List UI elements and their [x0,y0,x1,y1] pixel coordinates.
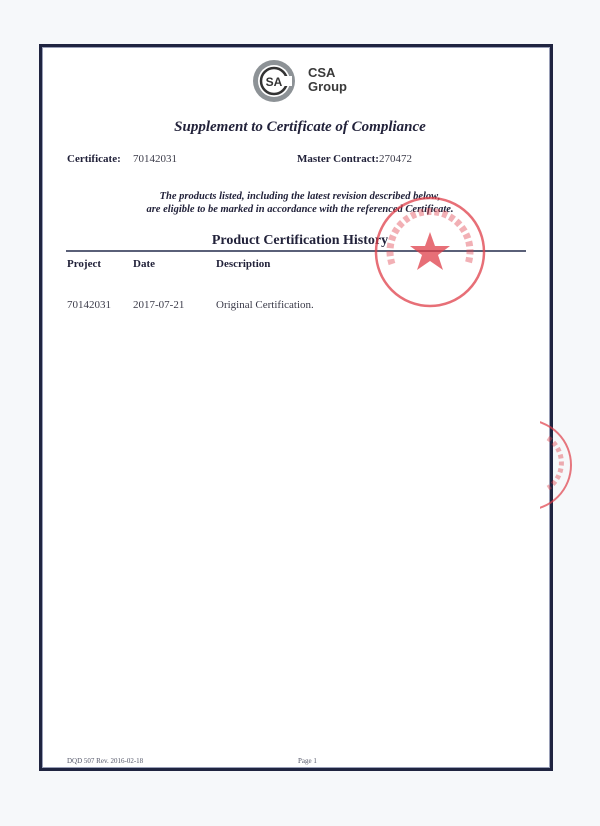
partial-seal-stamp-icon [540,418,580,512]
form-identifier: DQD 507 Rev. 2016-02-18 [67,757,143,765]
column-header-description: Description [216,258,270,270]
certificate-label: Certificate: [67,153,121,165]
row-project: 70142031 [67,299,111,311]
column-header-project: Project [67,258,101,270]
logo-wordmark: CSA Group [308,66,347,94]
notice-line-2: are eligible to be marked in accordance … [0,203,600,216]
row-date: 2017-07-21 [133,299,184,311]
master-contract-label: Master Contract: [297,153,379,165]
column-header-date: Date [133,258,155,270]
red-seal-stamp-icon [372,194,488,310]
svg-text:SA: SA [266,75,283,89]
history-section-title: Product Certification History [0,233,600,249]
logo-text-csa: CSA [308,66,347,80]
row-description: Original Certification. [216,299,314,311]
certificate-number: 70142031 [133,153,177,165]
csa-group-logo: SA CSA Group [252,58,362,104]
notice-line-1: The products listed, including the lates… [0,190,600,203]
logo-text-group: Group [308,80,347,94]
master-contract-number: 270472 [379,153,412,165]
document-title: Supplement to Certificate of Compliance [0,119,600,136]
eligibility-notice: The products listed, including the lates… [0,190,600,216]
csa-logo-icon: SA [252,58,302,104]
page-number: Page 1 [298,757,317,765]
